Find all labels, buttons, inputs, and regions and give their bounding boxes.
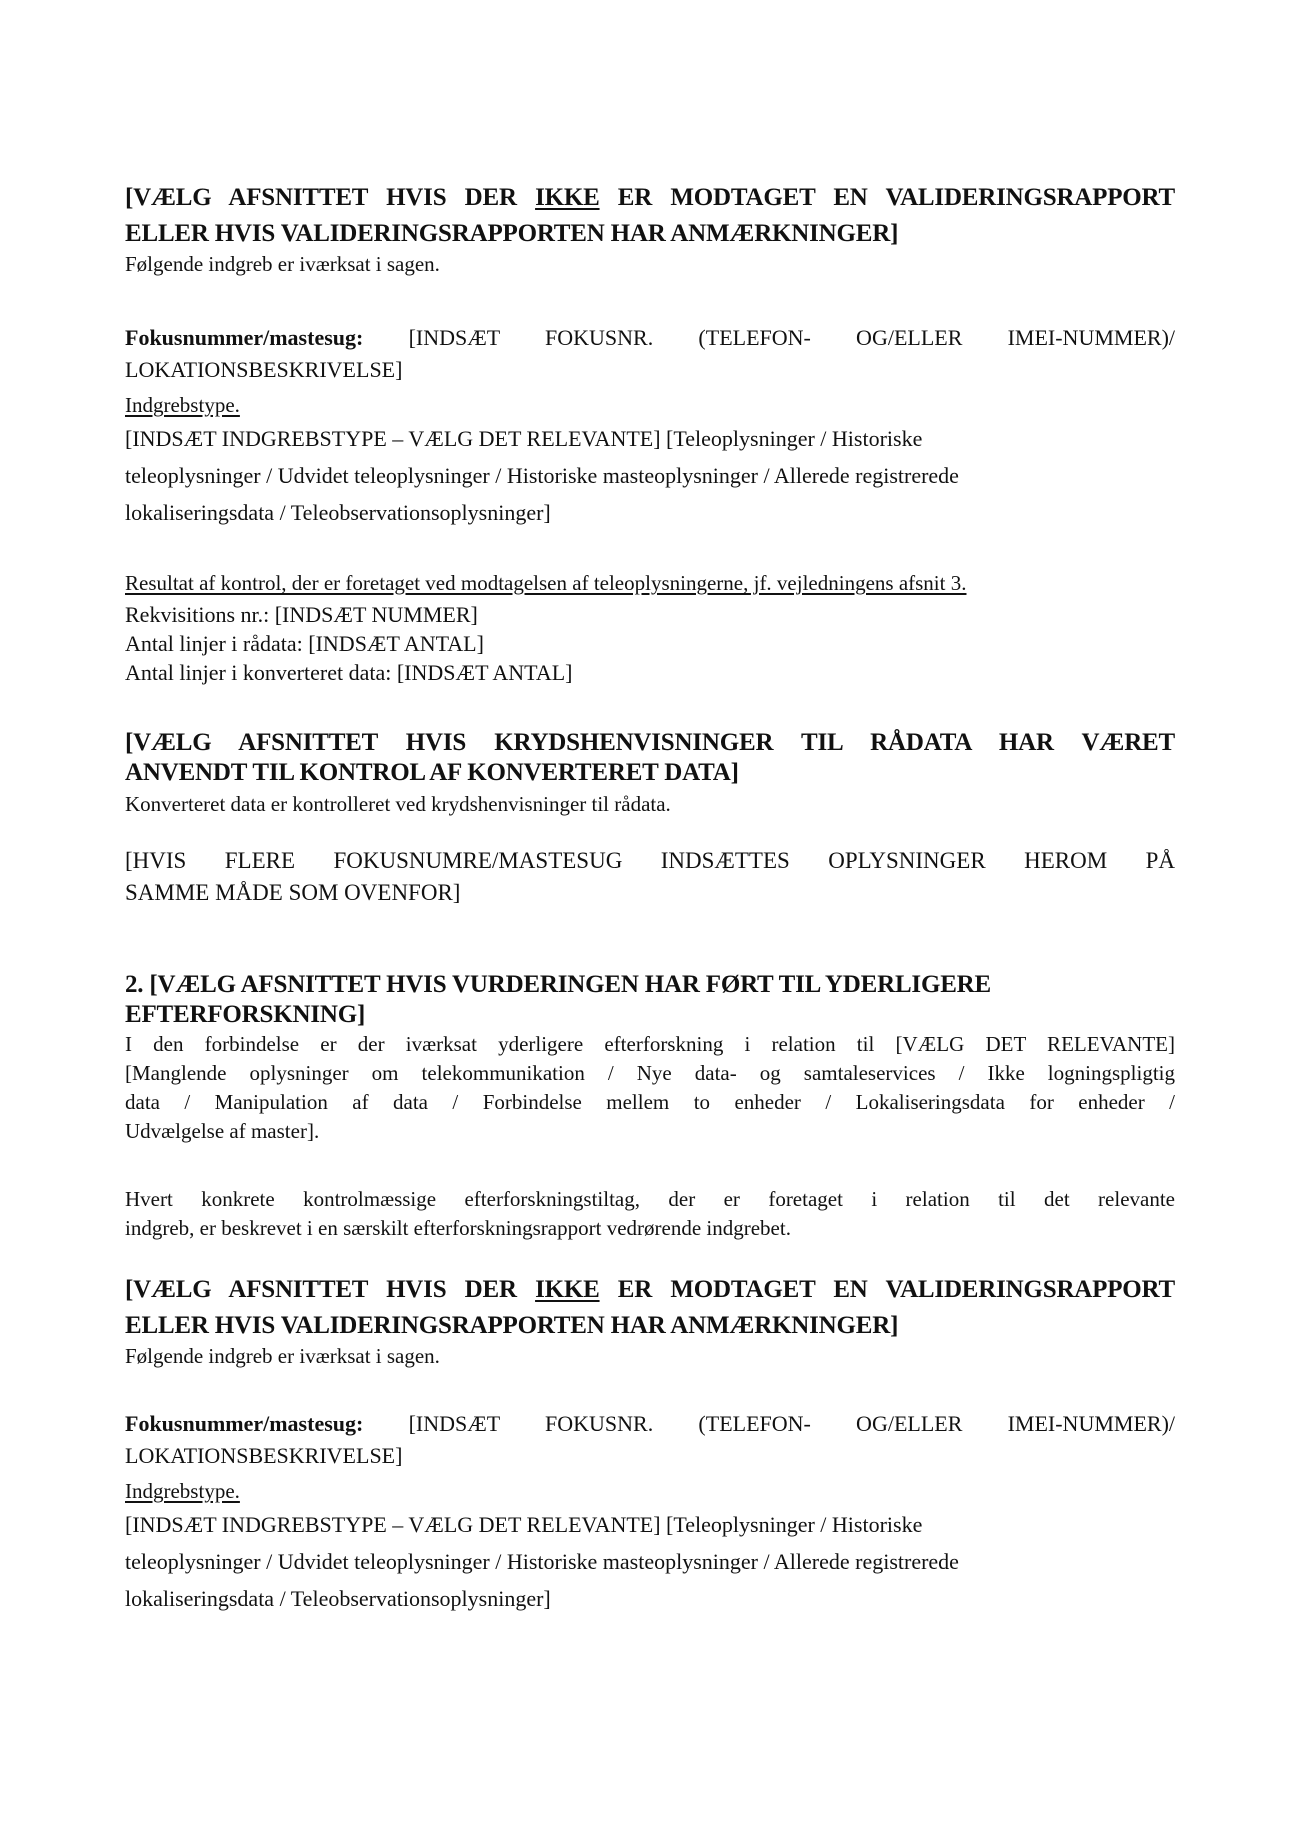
converted-data-lines: Antal linjer i konverteret data: [INDSÆT… — [125, 658, 1175, 687]
raw-data-lines: Antal linjer i rådata: [INDSÆT ANTAL] — [125, 629, 1175, 658]
section-2-heading: 2. [VÆLG AFSNITTET HVIS VURDERINGEN HAR … — [125, 970, 1175, 1030]
section-a-heading-line2: ELLER HVIS VALIDERINGSRAPPORTEN HAR ANMÆ… — [125, 216, 1175, 252]
section-b-type-options: [INDSÆT INDGREBSTYPE – VÆLG DET RELEVANT… — [125, 1506, 1175, 1617]
emphasis-ikke: IKKE — [535, 1276, 600, 1303]
focus-label: Fokusnummer/mastesug: — [125, 1411, 363, 1436]
focus-label: Fokusnummer/mastesug: — [125, 325, 363, 350]
section-a-type-options: [INDSÆT INDGREBSTYPE – VÆLG DET RELEVANT… — [125, 420, 1175, 531]
focus-value: [INDSÆT FOKUSNR. (TELEFON- OG/ELLER IMEI… — [409, 1411, 1175, 1436]
section-a-heading-line1: [VÆLG AFSNITTET HVIS DER IKKE ER MODTAGE… — [125, 180, 1175, 216]
section-2-paragraph-2: Hvert konkrete kontrolmæssige efterforsk… — [125, 1185, 1175, 1243]
control-values: Rekvisitions nr.: [INDSÆT NUMMER] Antal … — [125, 600, 1175, 687]
section-b-focus: Fokusnummer/mastesug: [INDSÆT FOKUSNR. (… — [125, 1408, 1175, 1472]
emphasis-ikke: IKKE — [535, 184, 600, 211]
multiple-focus-note: [HVIS FLERE FOKUSNUMRE/MASTESUG INDSÆTTE… — [125, 845, 1175, 909]
section-a-intro: Følgende indgreb er iværksat i sagen. — [125, 250, 1175, 278]
section-b-intro: Følgende indgreb er iværksat i sagen. — [125, 1342, 1175, 1370]
focus-value: [INDSÆT FOKUSNR. (TELEFON- OG/ELLER IMEI… — [409, 325, 1175, 350]
section-a-focus: Fokusnummer/mastesug: [INDSÆT FOKUSNR. (… — [125, 322, 1175, 386]
section-a-heading: [VÆLG AFSNITTET HVIS DER IKKE ER MODTAGE… — [125, 180, 1175, 252]
section-2-paragraph-1: I den forbindelse er der iværksat yderli… — [125, 1030, 1175, 1146]
section-a-type-label: Indgrebstype. — [125, 390, 1175, 420]
control-result-label: Resultat af kontrol, der er foretaget ve… — [125, 568, 1175, 598]
section-b-type-label: Indgrebstype. — [125, 1476, 1175, 1506]
cross-ref-heading: [VÆLG AFSNITTET HVIS KRYDSHENVISNINGER T… — [125, 728, 1175, 788]
cross-ref-text: Konverteret data er kontrolleret ved kry… — [125, 790, 1175, 818]
requisition-number: Rekvisitions nr.: [INDSÆT NUMMER] — [125, 600, 1175, 629]
section-b-heading: [VÆLG AFSNITTET HVIS DER IKKE ER MODTAGE… — [125, 1272, 1175, 1344]
